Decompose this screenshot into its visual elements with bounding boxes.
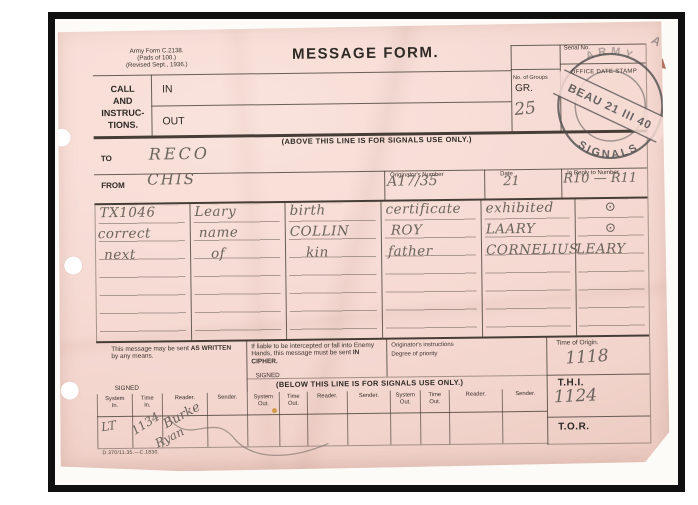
originators-number-value: A17/35 [387, 174, 438, 189]
column-header: Sender. [503, 389, 549, 444]
rule-line [189, 203, 192, 341]
from-value-handwriting: CHIS [147, 172, 196, 188]
originators-instructions-label: Originator's instructions [391, 341, 454, 351]
out-label: OUT [162, 115, 184, 127]
rule-line [480, 200, 483, 338]
scanned-message-form: Army Form C.2138. (Pads of 100.) (Revise… [0, 0, 698, 505]
message-word: certificate [385, 203, 479, 218]
degree-of-priority-label: Degree of priority [391, 350, 454, 360]
system-in-value: LT [100, 419, 117, 433]
to-value-handwriting: RECO [149, 146, 210, 163]
gr-label: GR. [515, 83, 533, 95]
call-label-line2: AND [94, 95, 151, 108]
message-word: correct [98, 227, 186, 242]
punch-hole [61, 381, 79, 399]
rule-line [484, 169, 485, 199]
stamp-top-text: ARMY [584, 45, 638, 64]
stain-dot [272, 408, 277, 413]
time-of-origin-value: 1118 [565, 348, 609, 368]
message-word: next [104, 248, 192, 263]
signed-label-middle: SIGNED [256, 372, 280, 380]
call-label-line4: TIONS. [94, 119, 151, 132]
in-label: IN [162, 83, 173, 95]
from-label: FROM [101, 181, 125, 190]
message-word: of [211, 247, 299, 262]
message-word: Leary [194, 205, 282, 220]
date-value: 21 [503, 175, 520, 188]
rule-line [384, 171, 385, 201]
call-label-line1: CALL [94, 83, 151, 96]
message-word: TX1046 [99, 206, 187, 221]
column-header: Time Out. [421, 390, 451, 444]
call-label-line3: INSTRUC- [94, 107, 151, 120]
rule-line [547, 415, 650, 417]
column-header: System Out. [391, 390, 422, 444]
message-word: kin [306, 246, 396, 261]
tor-label: T.O.R. [558, 421, 589, 433]
rule-line [386, 339, 387, 377]
message-word: exhibited [485, 201, 573, 216]
message-word: ⊙ [578, 222, 644, 236]
to-label: TO [101, 154, 112, 163]
rule-line [94, 204, 97, 342]
message-form-paper: Army Form C.2138. (Pads of 100.) (Revise… [55, 21, 669, 472]
rule-line [151, 101, 511, 106]
rule-line [93, 70, 511, 76]
form-title: MESSAGE FORM. [236, 43, 496, 63]
rule-line [547, 374, 650, 376]
message-word: name [199, 226, 287, 241]
message-word: father [388, 245, 482, 260]
message-word: birth [289, 204, 379, 219]
message-word: LAARY [486, 222, 574, 237]
rule-line [511, 45, 513, 132]
as-written-note-end: by any means. [111, 353, 153, 361]
rule-line [380, 201, 383, 339]
message-word: ROY [391, 224, 485, 239]
message-word: COLLIN [290, 225, 380, 240]
signature-flourish [140, 393, 371, 466]
as-written-note: This message may be sent [111, 345, 191, 353]
message-word: LEARY [576, 243, 646, 257]
message-word: ⊙ [577, 201, 643, 215]
column-header: Reader. [450, 389, 504, 444]
signed-label-left: SIGNED [115, 385, 139, 393]
svg-text:ARMY: ARMY [584, 45, 638, 64]
punch-hole [64, 256, 82, 274]
message-word: CORNELIUS [486, 243, 578, 258]
rule-line [284, 202, 287, 340]
form-imprint-line3: (Revised Sept., 1936.) [96, 61, 218, 70]
as-written-bold: AS WRITTEN [191, 345, 232, 352]
thi-value: 1124 [553, 387, 597, 406]
rule-line [547, 442, 650, 444]
